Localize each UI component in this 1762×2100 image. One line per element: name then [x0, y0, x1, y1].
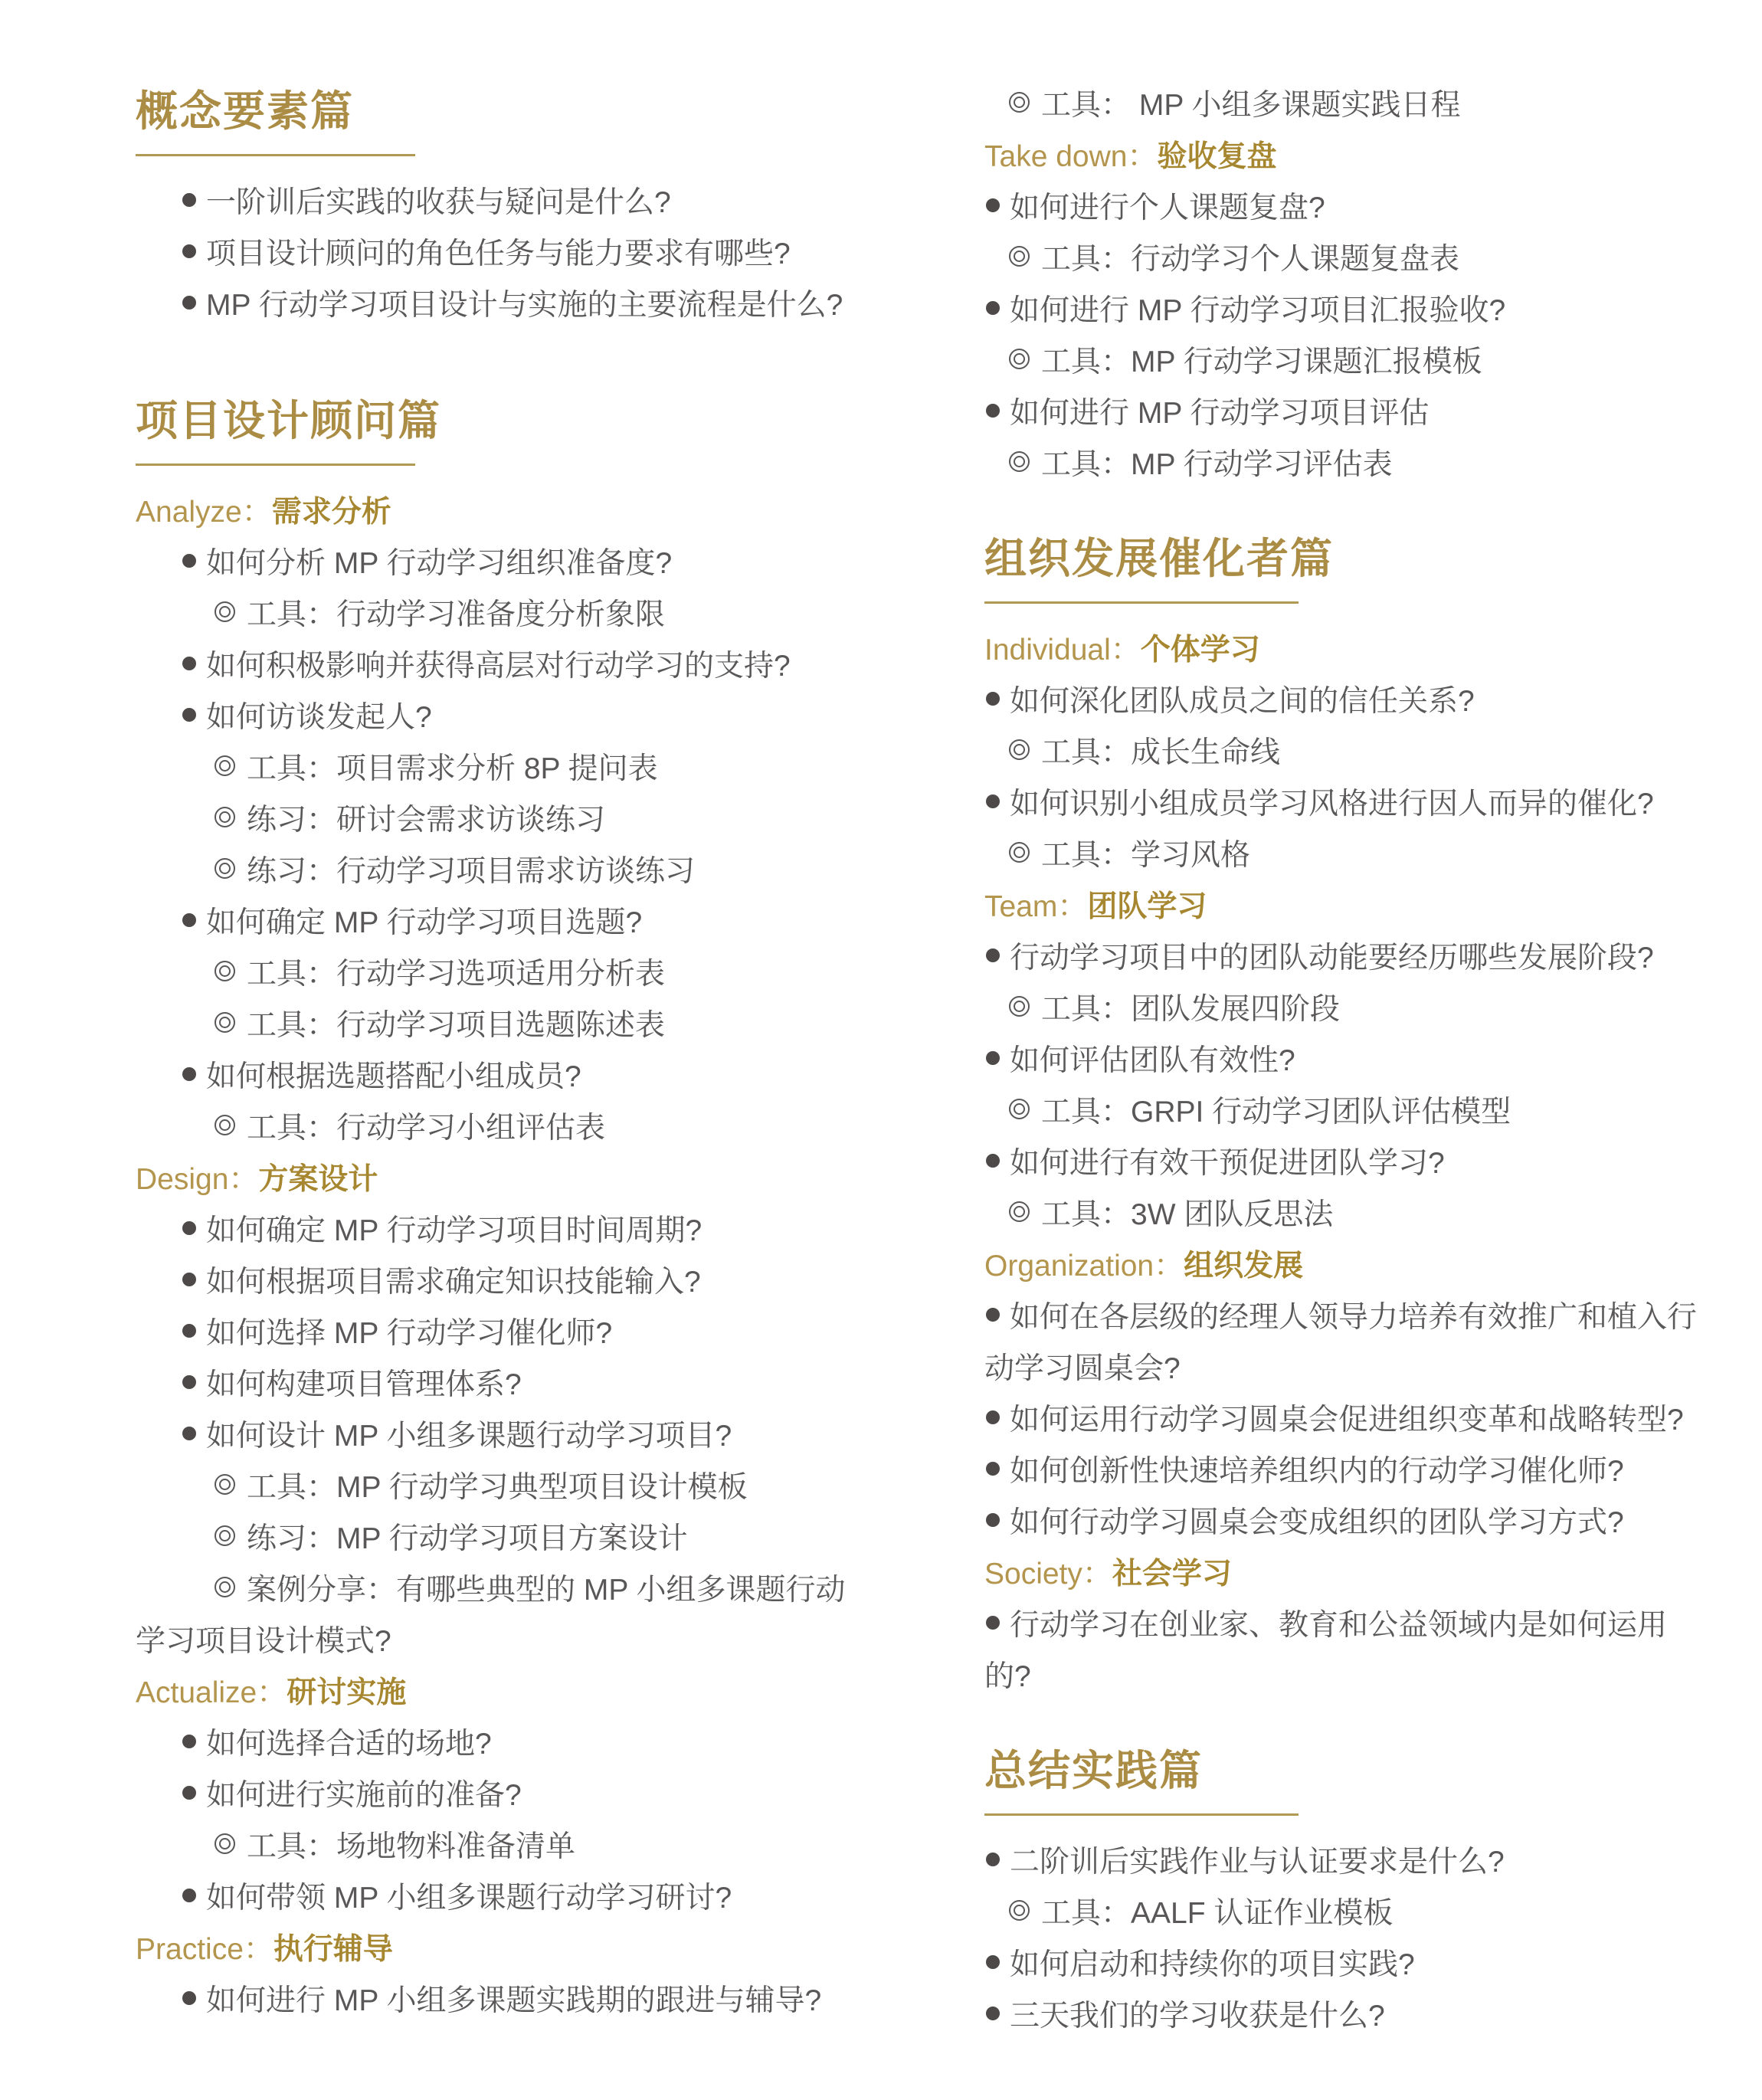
list-item-text: 如何积极影响并获得高层对行动学习的支持?: [206, 642, 791, 685]
tool-bullseye-icon: [215, 1474, 235, 1495]
list-item-text: 如何选择合适的场地?: [206, 1720, 492, 1763]
tool-item: 工具：行动学习项目选题陈述表: [136, 997, 909, 1048]
tool-item-text: 工具：行动学习选项适用分析表: [247, 950, 665, 993]
section-underline: [136, 154, 415, 156]
subsection-heading-zh: 方案设计: [258, 1155, 378, 1198]
subsection-heading-en: Team：: [984, 883, 1087, 926]
list-item-text: 如何识别小组成员学习风格进行因人而异的催化?: [1010, 780, 1654, 823]
subsection-heading: Individual：个体学习: [984, 621, 1743, 673]
list-item: 如何带领 MP 小组多课题行动学习研讨?: [136, 1869, 909, 1921]
list-item: 如何进行实施前的准备?: [136, 1767, 909, 1818]
bullet-icon: [986, 1853, 1000, 1866]
subsection-heading: Take down：验收复盘: [984, 128, 1743, 179]
list-item: 如何根据项目需求确定知识技能输入?: [136, 1253, 909, 1305]
list-item-text: 如何进行 MP 行动学习项目评估: [1010, 389, 1429, 432]
tool-item: 工具：MP 行动学习课题汇报模板: [984, 333, 1743, 385]
subsection-heading-en: Take down：: [984, 133, 1157, 175]
tool-bullseye-icon-inner: [219, 1017, 231, 1028]
list-item-text: 如何行动学习圆桌会变成组织的团队学习方式?: [1010, 1499, 1624, 1541]
list-item: 如何进行个人课题复盘?: [984, 179, 1743, 231]
subsection-heading-zh: 组织发展: [1184, 1242, 1303, 1285]
subsection-heading: Practice：执行辅导: [136, 1921, 909, 1972]
subsection-heading-zh: 执行辅导: [273, 1925, 393, 1968]
tool-bullseye-icon: [1009, 996, 1030, 1017]
bullet-icon: [182, 554, 196, 568]
bullet-icon: [986, 301, 1000, 315]
tool-bullseye-icon-inner: [1014, 847, 1025, 858]
tool-bullseye-icon-inner: [1014, 1103, 1025, 1115]
list-item-text: 如何创新性快速培养组织内的行动学习催化师?: [1010, 1447, 1624, 1490]
list-item: 如何行动学习圆桌会变成组织的团队学习方式?: [984, 1494, 1743, 1545]
bullet-icon: [986, 692, 1000, 706]
list-item-text: 三天我们的学习收获是什么?: [1010, 1992, 1385, 2035]
tool-item-text: 工具：行动学习准备度分析象限: [247, 591, 665, 634]
list-item: 如何运用行动学习圆桌会促进组织变革和战略转型?: [984, 1391, 1743, 1443]
tool-bullseye-icon-inner: [1014, 456, 1025, 467]
tool-bullseye-icon-inner: [219, 863, 231, 874]
bullet-icon: [986, 794, 1000, 808]
document-page: 概念要素篇一阶训后实践的收获与疑问是什么?项目设计顾问的角色任务与能力要求有哪些…: [0, 0, 1762, 2100]
list-item-text: 如何确定 MP 行动学习项目时间周期?: [206, 1207, 702, 1250]
list-item: 如何启动和持续你的项目实践?: [984, 1936, 1743, 1987]
bullet-icon: [182, 1889, 196, 1902]
subsection-heading-en: Practice：: [136, 1925, 273, 1968]
bullet-icon: [182, 1786, 196, 1800]
bullet-icon: [986, 1154, 1000, 1168]
list-item-text: 行动学习项目中的团队动能要经历哪些发展阶段?: [1010, 934, 1654, 977]
list-item: 如何确定 MP 行动学习项目时间周期?: [136, 1202, 909, 1253]
tool-bullseye-icon: [215, 807, 235, 827]
list-item-text: 如何分析 MP 行动学习组织准备度?: [206, 539, 672, 582]
tool-item-text: 工具：MP 行动学习课题汇报模板: [1041, 338, 1482, 381]
tool-bullseye-icon: [215, 858, 235, 879]
section-title: 概念要素篇: [136, 89, 909, 133]
bullet-icon: [182, 193, 196, 207]
tool-item: 工具：场地物料准备清单: [136, 1818, 909, 1869]
tool-item: 练习：行动学习项目需求访谈练习: [136, 843, 909, 894]
tool-bullseye-icon: [1009, 246, 1030, 267]
bullet-icon: [182, 1067, 196, 1081]
tool-item: 工具：MP 行动学习典型项目设计模板: [136, 1459, 909, 1510]
subsection-heading: Analyze：需求分析: [136, 483, 909, 535]
wrapped-line-text: 动学习圆桌会?: [984, 1345, 1181, 1387]
list-item: 如何进行有效干预促进团队学习?: [984, 1135, 1743, 1186]
list-item: 项目设计顾问的角色任务与能力要求有哪些?: [136, 225, 909, 277]
list-item: 行动学习在创业家、教育和公益领域内是如何运用: [984, 1597, 1743, 1648]
tool-bullseye-icon-inner: [1014, 251, 1025, 262]
section-underline: [984, 601, 1299, 604]
list-item: 如何创新性快速培养组织内的行动学习催化师?: [984, 1443, 1743, 1494]
tool-bullseye-icon: [1009, 1201, 1030, 1222]
section-underline: [984, 1813, 1299, 1816]
tool-item-text: 工具：场地物料准备清单: [247, 1823, 575, 1866]
tool-item: 案例分享：有哪些典型的 MP 小组多课题行动: [136, 1561, 909, 1613]
tool-item-text: 工具：行动学习项目选题陈述表: [247, 1001, 665, 1044]
tool-item-text: 工具：MP 行动学习评估表: [1041, 441, 1393, 483]
tool-item-text: 工具： MP 小组多课题实践日程: [1041, 81, 1460, 124]
subsection-heading-zh: 验收复盘: [1157, 133, 1276, 175]
list-item-text: 如何启动和持续你的项目实践?: [1010, 1941, 1415, 1984]
bullet-icon: [182, 708, 196, 722]
list-item: 如何进行 MP 行动学习项目评估: [984, 385, 1743, 436]
bullet-icon: [182, 1735, 196, 1748]
tool-bullseye-icon-inner: [219, 1581, 231, 1593]
tool-bullseye-icon-inner: [219, 1530, 231, 1541]
subsection-heading-en: Society：: [984, 1550, 1112, 1593]
tool-bullseye-icon: [215, 755, 235, 776]
subsection-heading: Team：团队学习: [984, 878, 1743, 929]
bullet-icon: [182, 1273, 196, 1286]
tool-item: 工具：行动学习选项适用分析表: [136, 945, 909, 997]
bullet-icon: [182, 244, 196, 258]
list-item-text: 如何进行 MP 行动学习项目汇报验收?: [1010, 287, 1505, 329]
bullet-icon: [986, 1051, 1000, 1065]
list-item-text: 如何确定 MP 行动学习项目选题?: [206, 899, 642, 942]
section-underline: [136, 464, 415, 466]
tool-bullseye-icon: [1009, 739, 1030, 760]
bullet-icon: [182, 1324, 196, 1338]
tool-item: 工具：GRPI 行动学习团队评估模型: [984, 1083, 1743, 1135]
tool-bullseye-icon: [215, 1833, 235, 1854]
list-item: 如何深化团队成员之间的信任关系?: [984, 673, 1743, 724]
tool-bullseye-icon: [1009, 92, 1030, 113]
section-title: 组织发展催化者篇: [984, 536, 1743, 581]
list-item-text: 如何在各层级的经理人领导力培养有效推广和植入行: [1010, 1293, 1697, 1336]
subsection-heading: Society：社会学习: [984, 1545, 1743, 1597]
tool-item: 工具：学习风格: [984, 827, 1743, 878]
list-item-text: 如何访谈发起人?: [206, 693, 432, 736]
bullet-icon: [182, 1427, 196, 1440]
tool-item: 工具：AALF 认证作业模板: [984, 1885, 1743, 1936]
tool-item-text: 练习：行动学习项目需求访谈练习: [247, 847, 695, 890]
tool-item-text: 工具：学习风格: [1041, 831, 1250, 874]
subsection-heading-en: Actualize：: [136, 1669, 287, 1712]
bullet-icon: [986, 1513, 1000, 1527]
left-column: 概念要素篇一阶训后实践的收获与疑问是什么?项目设计顾问的角色任务与能力要求有哪些…: [136, 0, 909, 2023]
list-item-text: 如何进行实施前的准备?: [206, 1771, 522, 1814]
list-item-text: 一阶训后实践的收获与疑问是什么?: [206, 179, 671, 221]
tool-item-text: 工具：AALF 认证作业模板: [1041, 1889, 1393, 1932]
list-item: 二阶训后实践作业与认证要求是什么?: [984, 1833, 1743, 1885]
tool-bullseye-icon: [1009, 349, 1030, 369]
tool-item: 工具：行动学习小组评估表: [136, 1099, 909, 1151]
subsection-heading: Design：方案设计: [136, 1151, 909, 1202]
bullet-icon: [182, 1991, 196, 2005]
tool-bullseye-icon-inner: [1014, 353, 1025, 365]
list-item-text: 如何进行有效干预促进团队学习?: [1010, 1139, 1445, 1182]
bullet-icon: [986, 198, 1000, 212]
list-item-text: MP 行动学习项目设计与实施的主要流程是什么?: [206, 281, 843, 324]
list-item: 三天我们的学习收获是什么?: [984, 1987, 1743, 2039]
list-item: 行动学习项目中的团队动能要经历哪些发展阶段?: [984, 929, 1743, 981]
list-item: 如何根据选题搭配小组成员?: [136, 1048, 909, 1099]
tool-item-text: 练习：MP 行动学习项目方案设计: [247, 1515, 688, 1558]
tool-bullseye-icon-inner: [219, 811, 231, 823]
tool-bullseye-icon: [1009, 1099, 1030, 1119]
wrapped-line-continuation: 学习项目设计模式?: [136, 1613, 909, 1664]
subsection-heading-zh: 研讨实施: [287, 1669, 406, 1712]
tool-item-text: 工具：GRPI 行动学习团队评估模型: [1041, 1088, 1511, 1131]
tool-bullseye-icon-inner: [219, 760, 231, 772]
list-item: 如何进行 MP 行动学习项目汇报验收?: [984, 282, 1743, 333]
tool-bullseye-icon-inner: [1014, 1905, 1025, 1916]
wrapped-line-continuation: 动学习圆桌会?: [984, 1340, 1743, 1391]
wrapped-line-continuation: 的?: [984, 1648, 1743, 1699]
bullet-icon: [182, 657, 196, 670]
list-item-text: 项目设计顾问的角色任务与能力要求有哪些?: [206, 230, 791, 273]
subsection-heading-zh: 社会学习: [1112, 1550, 1232, 1593]
list-item: 如何确定 MP 行动学习项目选题?: [136, 894, 909, 945]
bullet-icon: [986, 404, 1000, 418]
subsection-heading: Organization：组织发展: [984, 1237, 1743, 1289]
tool-item-text: 工具：3W 团队反思法: [1041, 1191, 1333, 1233]
tool-bullseye-icon: [215, 961, 235, 981]
list-item: 如何分析 MP 行动学习组织准备度?: [136, 535, 909, 586]
list-item-text: 如何进行个人课题复盘?: [1010, 184, 1325, 227]
tool-bullseye-icon: [215, 1115, 235, 1135]
list-item-text: 如何深化团队成员之间的信任关系?: [1010, 677, 1475, 720]
bullet-icon: [986, 1410, 1000, 1424]
tool-item: 工具：MP 行动学习评估表: [984, 436, 1743, 487]
list-item: 如何评估团队有效性?: [984, 1032, 1743, 1083]
list-item: 一阶训后实践的收获与疑问是什么?: [136, 174, 909, 225]
tool-bullseye-icon-inner: [1014, 1001, 1025, 1012]
bullet-icon: [986, 1462, 1000, 1476]
subsection-heading-zh: 个体学习: [1141, 626, 1260, 669]
tool-bullseye-icon-inner: [1014, 97, 1025, 108]
list-item: 如何在各层级的经理人领导力培养有效推广和植入行: [984, 1289, 1743, 1340]
tool-bullseye-icon: [215, 1577, 235, 1597]
list-item-text: 如何进行 MP 小组多课题实践期的跟进与辅导?: [206, 1977, 821, 2020]
tool-bullseye-icon-inner: [219, 1838, 231, 1849]
tool-item: 工具：行动学习个人课题复盘表: [984, 231, 1743, 282]
tool-item-text: 工具：项目需求分析 8P 提问表: [247, 745, 658, 788]
tool-bullseye-icon-inner: [219, 965, 231, 977]
tool-item-text: 工具：MP 行动学习典型项目设计模板: [247, 1463, 748, 1506]
bullet-icon: [182, 913, 196, 927]
list-item: 如何选择 MP 行动学习催化师?: [136, 1305, 909, 1356]
right-column: 工具： MP 小组多课题实践日程Take down：验收复盘如何进行个人课题复盘…: [984, 0, 1743, 2039]
tool-item: 工具：3W 团队反思法: [984, 1186, 1743, 1237]
tool-bullseye-icon: [1009, 1900, 1030, 1921]
tool-bullseye-icon: [215, 601, 235, 622]
list-item: 如何构建项目管理体系?: [136, 1356, 909, 1407]
list-item-text: 如何运用行动学习圆桌会促进组织变革和战略转型?: [1010, 1396, 1684, 1439]
tool-bullseye-icon-inner: [1014, 1206, 1025, 1217]
tool-bullseye-icon-inner: [1014, 744, 1025, 755]
list-item-text: 如何带领 MP 小组多课题行动学习研讨?: [206, 1874, 732, 1917]
tool-item-text: 练习：研讨会需求访谈练习: [247, 796, 605, 839]
tool-bullseye-icon: [1009, 842, 1030, 863]
subsection-heading-en: Individual：: [984, 626, 1141, 669]
tool-item: 练习：MP 行动学习项目方案设计: [136, 1510, 909, 1561]
list-item: 如何进行 MP 小组多课题实践期的跟进与辅导?: [136, 1972, 909, 2023]
list-item-text: 二阶训后实践作业与认证要求是什么?: [1010, 1838, 1505, 1881]
bullet-icon: [986, 1308, 1000, 1322]
list-item-text: 如何构建项目管理体系?: [206, 1361, 522, 1404]
bullet-icon: [182, 1221, 196, 1235]
list-item-text: 如何评估团队有效性?: [1010, 1037, 1295, 1079]
bullet-icon: [182, 1375, 196, 1389]
list-item: MP 行动学习项目设计与实施的主要流程是什么?: [136, 277, 909, 328]
tool-bullseye-icon-inner: [219, 606, 231, 618]
subsection-heading: Actualize：研讨实施: [136, 1664, 909, 1715]
list-item: 如何识别小组成员学习风格进行因人而异的催化?: [984, 775, 1743, 827]
tool-item: 工具：团队发展四阶段: [984, 981, 1743, 1032]
tool-item: 工具：行动学习准备度分析象限: [136, 586, 909, 637]
wrapped-line-text: 学习项目设计模式?: [136, 1617, 391, 1660]
bullet-icon: [986, 1616, 1000, 1630]
bullet-icon: [986, 1955, 1000, 1969]
subsection-heading-en: Organization：: [984, 1242, 1184, 1285]
tool-bullseye-icon-inner: [219, 1479, 231, 1490]
tool-item: 工具：项目需求分析 8P 提问表: [136, 740, 909, 791]
tool-item: 工具： MP 小组多课题实践日程: [984, 77, 1743, 128]
list-item-text: 如何选择 MP 行动学习催化师?: [206, 1309, 612, 1352]
tool-bullseye-icon: [1009, 451, 1030, 472]
section-title: 项目设计顾问篇: [136, 398, 909, 443]
section-title: 总结实践篇: [984, 1748, 1743, 1793]
tool-bullseye-icon-inner: [219, 1119, 231, 1131]
list-item-text: 行动学习在创业家、教育和公益领域内是如何运用: [1010, 1601, 1667, 1644]
tool-bullseye-icon: [215, 1012, 235, 1033]
tool-item-text: 工具：行动学习小组评估表: [247, 1104, 605, 1147]
wrapped-line-text: 的?: [984, 1653, 1031, 1695]
bullet-icon: [986, 2007, 1000, 2020]
list-item: 如何积极影响并获得高层对行动学习的支持?: [136, 637, 909, 689]
list-item-text: 如何设计 MP 小组多课题行动学习项目?: [206, 1412, 732, 1455]
bullet-icon: [986, 948, 1000, 962]
list-item: 如何选择合适的场地?: [136, 1715, 909, 1767]
tool-item: 练习：研讨会需求访谈练习: [136, 791, 909, 843]
list-item: 如何设计 MP 小组多课题行动学习项目?: [136, 1407, 909, 1459]
tool-item-text: 工具：成长生命线: [1041, 729, 1280, 772]
tool-item-text: 工具：团队发展四阶段: [1041, 985, 1340, 1028]
subsection-heading-en: Design：: [136, 1155, 258, 1198]
subsection-heading-en: Analyze：: [136, 488, 272, 531]
list-item: 如何访谈发起人?: [136, 689, 909, 740]
tool-item: 工具：成长生命线: [984, 724, 1743, 775]
subsection-heading-zh: 团队学习: [1087, 883, 1207, 926]
bullet-icon: [182, 296, 196, 310]
subsection-heading-zh: 需求分析: [272, 488, 391, 531]
list-item-text: 如何根据项目需求确定知识技能输入?: [206, 1258, 701, 1301]
tool-item-text: 案例分享：有哪些典型的 MP 小组多课题行动: [247, 1566, 845, 1609]
list-item-text: 如何根据选题搭配小组成员?: [206, 1053, 581, 1096]
tool-item-text: 工具：行动学习个人课题复盘表: [1041, 235, 1459, 278]
tool-bullseye-icon: [215, 1525, 235, 1546]
